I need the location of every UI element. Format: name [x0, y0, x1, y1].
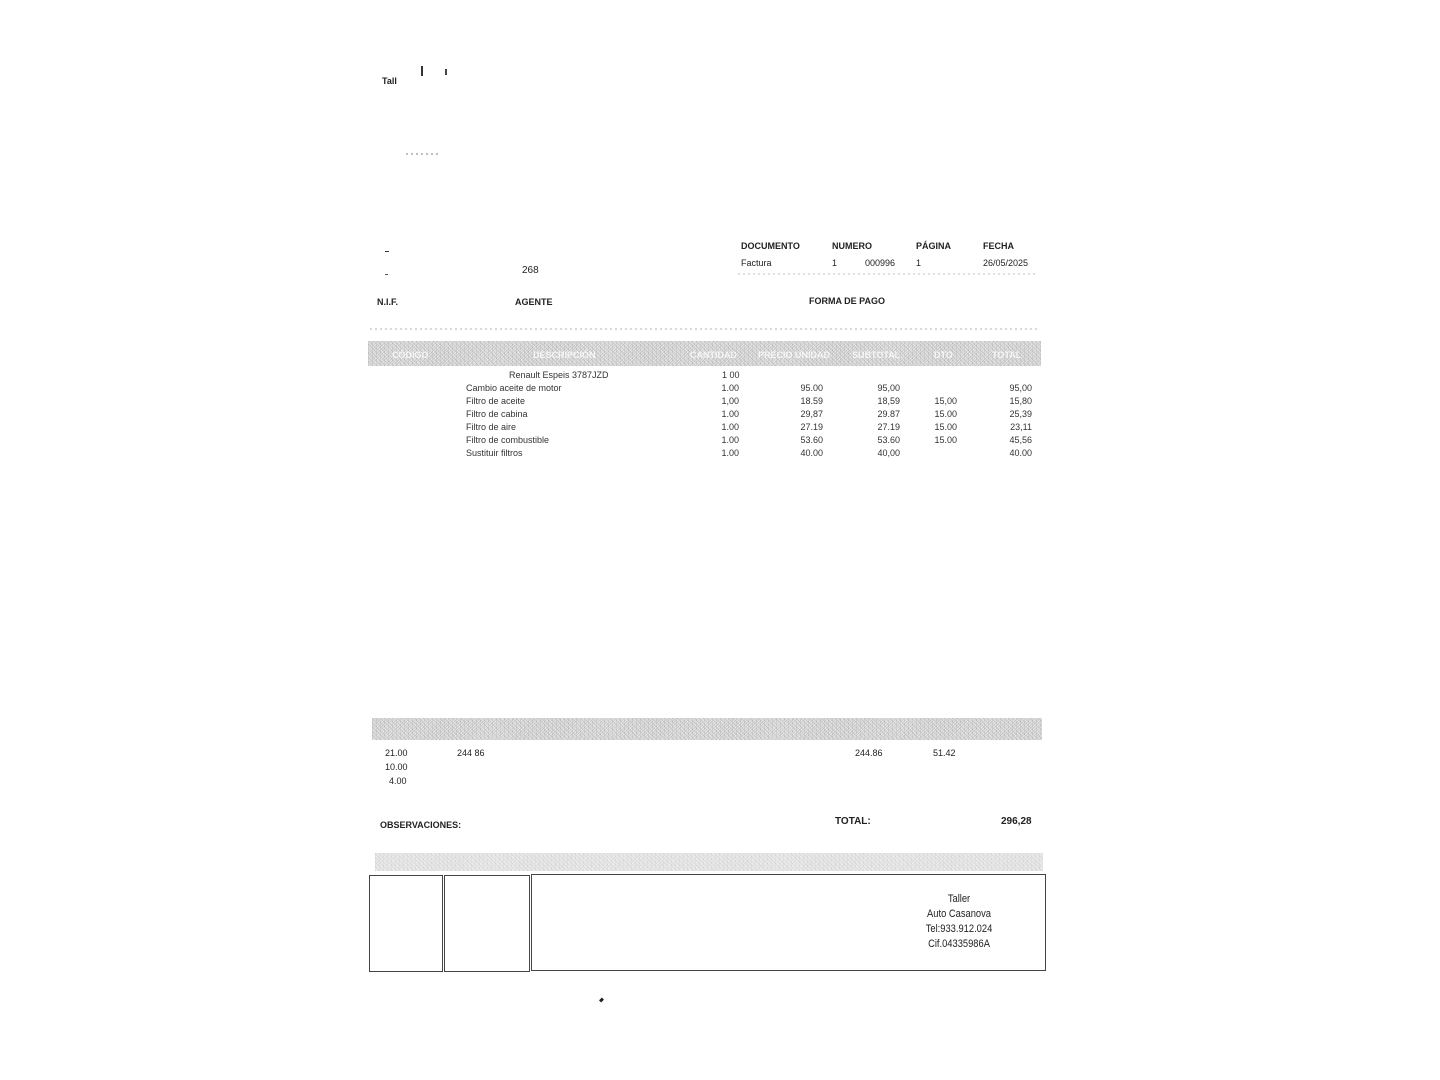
item-subtotal: 18,59 — [877, 396, 900, 406]
item-description: Filtro de combustible — [466, 435, 549, 445]
column-header-descripcion: DESCRIPCIÓN — [533, 350, 596, 360]
column-header-precio: PRECIO UNIDAD — [758, 350, 830, 360]
scan-artifact — [738, 273, 1038, 275]
footer-box-2 — [444, 875, 530, 972]
tax-rate-1: 21.00 — [385, 748, 408, 758]
table-row: Cambio aceite de motor1.0095.0095,0095,0… — [0, 383, 1440, 396]
item-total: 25,39 — [1009, 409, 1032, 419]
table-row: Sustituir filtros1.0040.0040,0040.00 — [0, 448, 1440, 461]
tax-amount: 51.42 — [933, 748, 956, 758]
item-price: 18.59 — [800, 396, 823, 406]
document-type: Factura — [741, 258, 772, 268]
stamp-line-3: Tel:933.912.024 — [913, 922, 1005, 937]
column-header-subtotal: SUBTOTAL — [852, 350, 900, 360]
label-forma-pago: FORMA DE PAGO — [809, 296, 885, 306]
item-description: Filtro de aceite — [466, 396, 525, 406]
label-agente: AGENTE — [515, 297, 553, 307]
tax-rate-3: 4.00 — [389, 776, 407, 786]
total-value: 296,28 — [1001, 816, 1032, 827]
scan-mark — [421, 66, 423, 76]
item-subtotal: 27.19 — [877, 422, 900, 432]
item-subtotal: 40,00 — [877, 448, 900, 458]
tax-rate-2: 10.00 — [385, 762, 408, 772]
vehicle-row: Renault Espeis 3787JZD 1 00 — [0, 370, 1440, 383]
column-header-cantidad: CANTIDAD — [690, 350, 737, 360]
item-total: 40.00 — [1009, 448, 1032, 458]
document-date: 26/05/2025 — [983, 258, 1028, 268]
vehicle-quantity: 1 00 — [722, 370, 740, 380]
label-fecha: FECHA — [983, 241, 1014, 251]
stamp-line-4: Cif.04335986A — [913, 937, 1005, 952]
item-description: Filtro de aire — [466, 422, 516, 432]
item-quantity: 1.00 — [721, 435, 739, 445]
label-pagina: PÁGINA — [916, 241, 951, 251]
scan-mark — [599, 998, 604, 1003]
column-header-total: TOTAL — [992, 350, 1021, 360]
document-number: 000996 — [865, 258, 895, 268]
item-description: Filtro de cabina — [466, 409, 528, 419]
document-page: 1 — [916, 258, 921, 268]
item-price: 40.00 — [800, 448, 823, 458]
item-total: 45,56 — [1009, 435, 1032, 445]
column-header-dto: DTO — [934, 350, 953, 360]
item-discount: 15.00 — [934, 435, 957, 445]
item-description: Cambio aceite de motor — [466, 383, 562, 393]
dash-mark — [385, 274, 388, 275]
item-quantity: 1.00 — [721, 383, 739, 393]
item-discount: 15.00 — [934, 409, 957, 419]
stamp-line-1: Taller — [913, 892, 1005, 907]
item-price: 95.00 — [800, 383, 823, 393]
item-quantity: 1.00 — [721, 448, 739, 458]
stamp-line-2: Auto Casanova — [913, 907, 1005, 922]
client-code: 268 — [522, 265, 539, 276]
document-series: 1 — [832, 258, 837, 268]
table-row: Filtro de cabina1.0029,8729.8715.0025,39 — [0, 409, 1440, 422]
item-quantity: 1,00 — [721, 396, 739, 406]
tax-base-total: 244.86 — [855, 748, 883, 758]
table-row: Filtro de aceite1,0018.5918,5915,0015,80 — [0, 396, 1440, 409]
company-stamp: Taller Auto Casanova Tel:933.912.024 Cif… — [913, 892, 1005, 952]
label-numero: NUMERO — [832, 241, 872, 251]
item-subtotal: 29.87 — [877, 409, 900, 419]
item-subtotal: 95,00 — [877, 383, 900, 393]
item-price: 53.60 — [800, 435, 823, 445]
item-total: 23,11 — [1010, 422, 1032, 432]
vehicle-description: Renault Espeis 3787JZD — [509, 370, 609, 380]
item-subtotal: 53.60 — [877, 435, 900, 445]
footer-band — [375, 853, 1043, 871]
item-discount: 15,00 — [934, 396, 957, 406]
item-description: Sustituir filtros — [466, 448, 523, 458]
scan-artifact — [406, 153, 438, 155]
item-discount: 15.00 — [934, 422, 957, 432]
column-header-codigo: CÓDIGO — [392, 350, 429, 360]
item-price: 27.19 — [800, 422, 823, 432]
label-nif: N.I.F. — [377, 297, 398, 307]
company-name-fragment: Tall — [382, 76, 397, 86]
table-row: Filtro de aire1.0027.1927.1915.0023,11 — [0, 422, 1440, 435]
item-quantity: 1.00 — [721, 409, 739, 419]
item-total: 95,00 — [1009, 383, 1032, 393]
scan-artifact — [370, 328, 1040, 330]
footer-box-1 — [369, 875, 443, 972]
table-row: Filtro de combustible1.0053.6053.6015.00… — [0, 435, 1440, 448]
total-label: TOTAL: — [835, 816, 871, 827]
item-quantity: 1.00 — [721, 422, 739, 432]
dash-mark — [385, 251, 389, 252]
label-documento: DOCUMENTO — [741, 241, 800, 251]
scan-mark — [445, 69, 447, 75]
item-total: 15,80 — [1009, 396, 1032, 406]
observaciones-label: OBSERVACIONES: — [380, 820, 461, 830]
summary-header-band — [372, 718, 1042, 740]
item-price: 29,87 — [800, 409, 823, 419]
tax-base-left: 244 86 — [457, 748, 485, 758]
